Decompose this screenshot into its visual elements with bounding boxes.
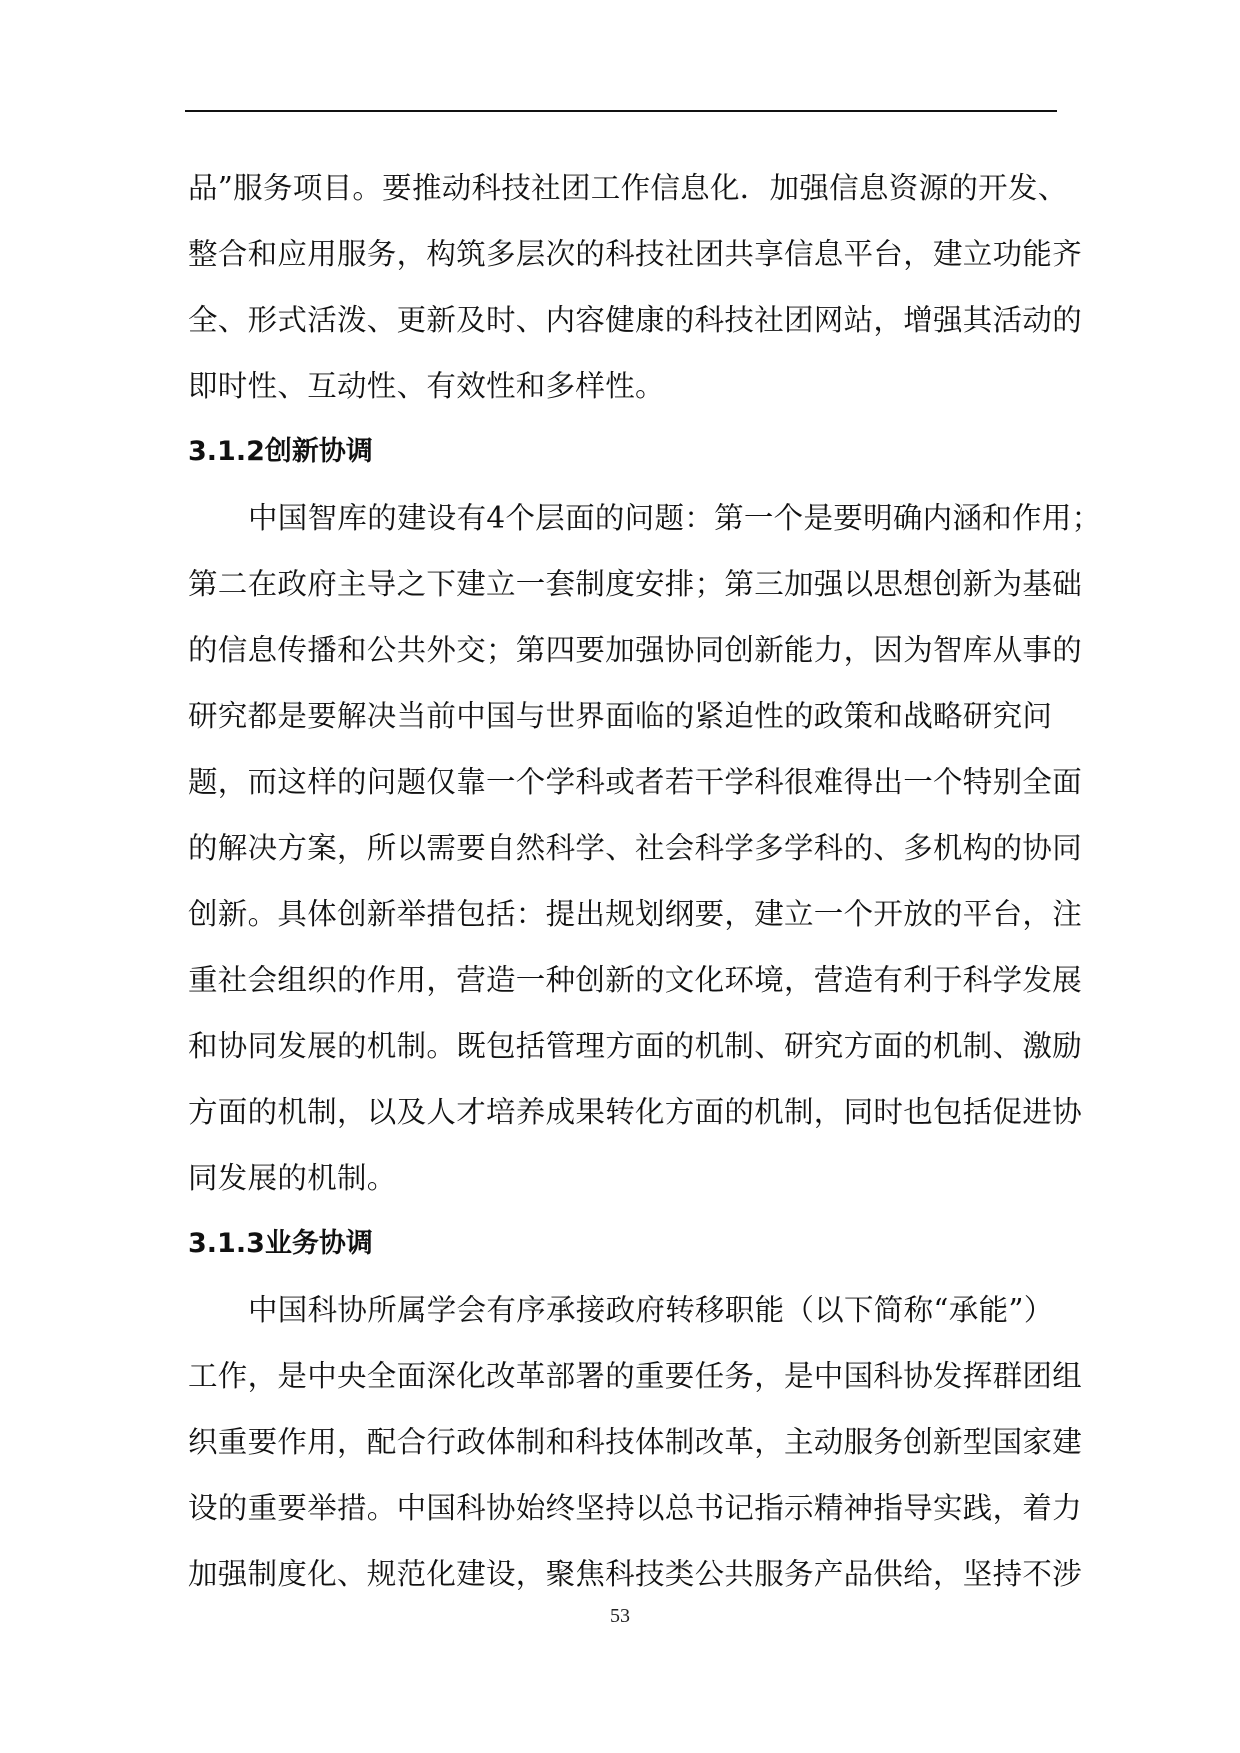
text-line: 的解决方案，所以需要自然科学、社会科学多学科的、多机构的协同 [188,815,1058,881]
paragraph-innovation-coordination: 中国智库的建设有4个层面的问题：第一个是要明确内涵和作用； 第二在政府主导之下建… [188,485,1058,1211]
text-line: 加强制度化、规范化建设，聚焦科技类公共服务产品供给，坚持不涉 [188,1541,1058,1607]
paragraph-business-coordination: 中国科协所属学会有序承接政府转移职能（以下简称“承能”） 工作，是中央全面深化改… [188,1277,1058,1607]
text-line: 织重要作用，配合行政体制和科技体制改革，主动服务创新型国家建 [188,1409,1058,1475]
text-line: 整合和应用服务，构筑多层次的科技社团共享信息平台，建立功能齐 [188,221,1058,287]
text-line: 的信息传播和公共外交；第四要加强协同创新能力，因为智库从事的 [188,617,1058,683]
text-line: 中国智库的建设有4个层面的问题：第一个是要明确内涵和作用； [188,485,1058,551]
paragraph-continuation: 品”服务项目。要推动科技社团工作信息化．加强信息资源的开发、 整合和应用服务，构… [188,155,1058,419]
text-line: 方面的机制，以及人才培养成果转化方面的机制，同时也包括促进协 [188,1079,1058,1145]
page-body: 品”服务项目。要推动科技社团工作信息化．加强信息资源的开发、 整合和应用服务，构… [188,155,1058,1607]
text-line: 重社会组织的作用，营造一种创新的文化环境，营造有利于科学发展 [188,947,1058,1013]
text-line: 品”服务项目。要推动科技社团工作信息化．加强信息资源的开发、 [188,155,1058,221]
text-line: 第二在政府主导之下建立一套制度安排；第三加强以思想创新为基础 [188,551,1058,617]
text-line: 工作，是中央全面深化改革部署的重要任务，是中国科协发挥群团组 [188,1343,1058,1409]
section-heading-3-1-3: 3.1.3业务协调 [188,1211,1058,1277]
text-line: 创新。具体创新举措包括：提出规划纲要，建立一个开放的平台，注 [188,881,1058,947]
header-rule [185,110,1057,112]
text-line: 同发展的机制。 [188,1145,1058,1211]
text-line: 设的重要举措。中国科协始终坚持以总书记指示精神指导实践，着力 [188,1475,1058,1541]
text-line: 中国科协所属学会有序承接政府转移职能（以下简称“承能”） [188,1277,1058,1343]
text-line: 和协同发展的机制。既包括管理方面的机制、研究方面的机制、激励 [188,1013,1058,1079]
text-line: 全、形式活泼、更新及时、内容健康的科技社团网站，增强其活动的 [188,287,1058,353]
section-heading-3-1-2: 3.1.2创新协调 [188,419,1058,485]
text-line: 即时性、互动性、有效性和多样性。 [188,353,1058,419]
page-number: 53 [0,1605,1240,1628]
text-line: 题，而这样的问题仅靠一个学科或者若干学科很难得出一个特别全面 [188,749,1058,815]
text-line: 研究都是要解决当前中国与世界面临的紧迫性的政策和战略研究问 [188,683,1058,749]
